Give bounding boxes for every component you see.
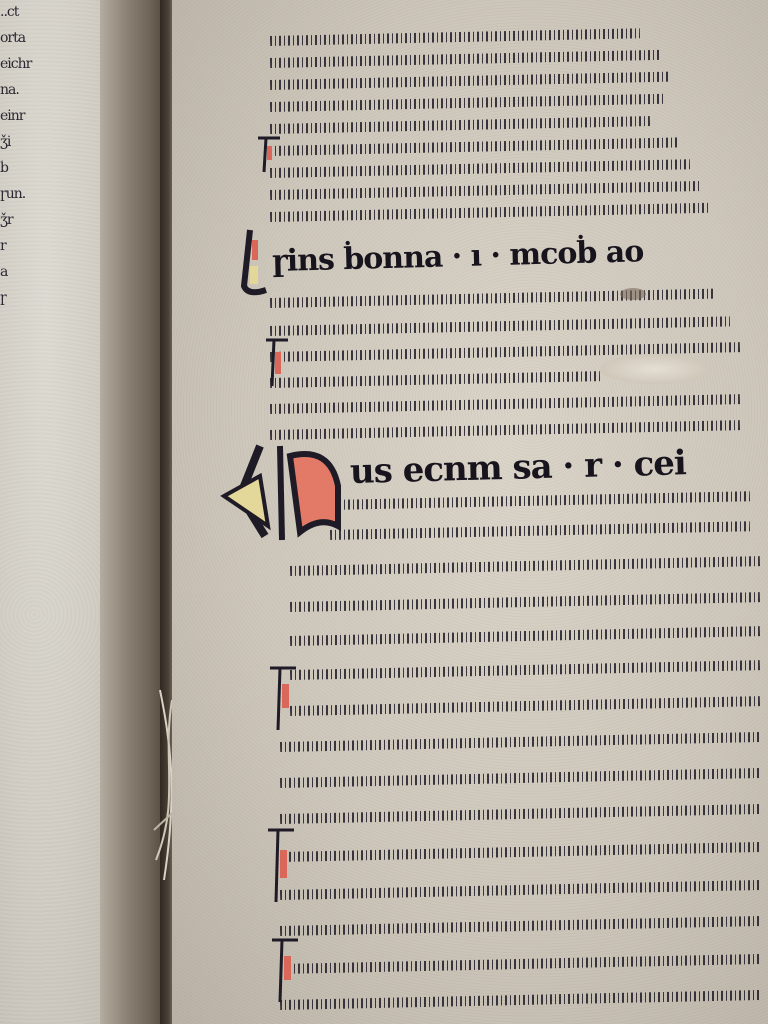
paragraph-mark: [254, 134, 284, 174]
paragraph-mark: [268, 936, 302, 1006]
decorated-initial-h: [220, 436, 350, 546]
paragraph-mark: [266, 664, 300, 734]
paragraph-mark: [264, 826, 298, 906]
paragraph-mark: [262, 336, 292, 392]
vellum-damage: [600, 354, 710, 384]
decorated-initial-l: [236, 226, 276, 298]
left-page-text-fragments: ..ct orta eichr na. einr ǯi ḃ ɼun. ǯr r …: [0, 4, 50, 316]
manuscript-photo: ..ct orta eichr na. einr ǯi ḃ ɼun. ǯr r …: [0, 0, 768, 1024]
vellum-damage: [620, 288, 646, 300]
left-page: ..ct orta eichr na. einr ǯi ḃ ɼun. ǯr r …: [0, 0, 115, 1024]
